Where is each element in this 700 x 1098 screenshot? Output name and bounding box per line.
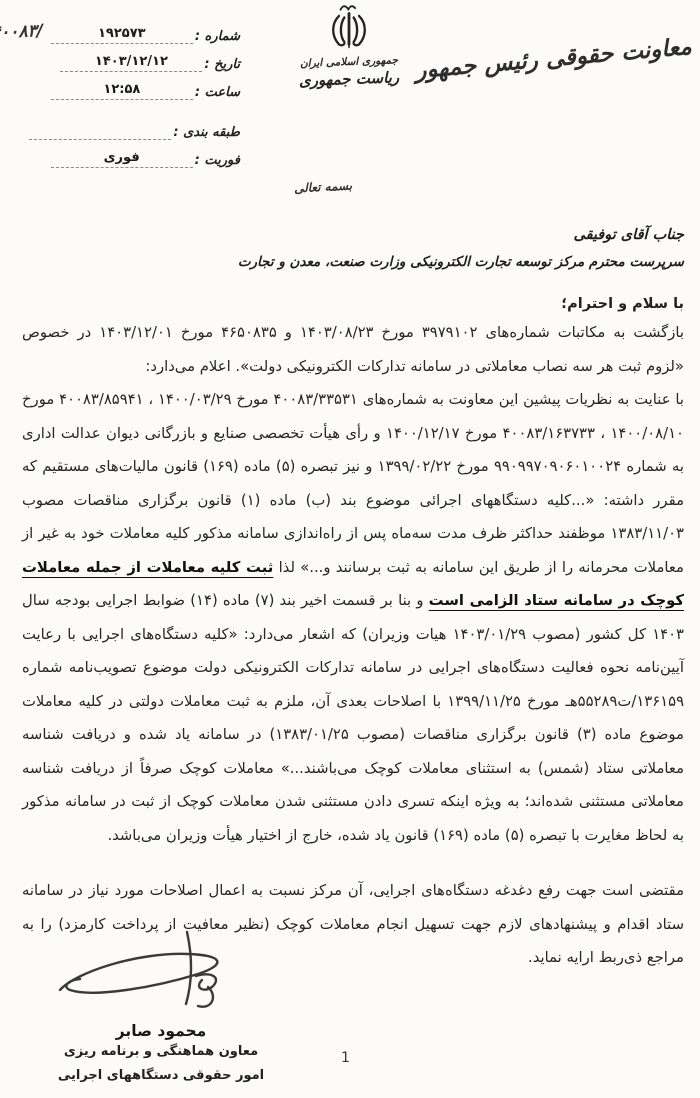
meta-value-date: ۱۴۰۳/۱۲/۱۲ (60, 54, 202, 72)
body-paragraph-1: بازگشت به مکاتبات شماره‌های ۳۹۷۹۱۰۲ مورخ… (22, 316, 684, 383)
meta-value-number: ۱۹۲۵۷۳ (51, 26, 193, 44)
department-title-calligraphy: معاونت حقوقی رئیس جمهور (435, 33, 692, 82)
iran-national-emblem-icon (322, 2, 376, 56)
signer-name: محمود صابر (36, 1022, 286, 1040)
letter-body: جناب آقای توفیقی سرپرست محترم مرکز توسعه… (22, 222, 684, 975)
signature-block: محمود صابر معاون هماهنگی و برنامه ریزی ا… (36, 924, 286, 1088)
org-name-line2: ریاست جمهوری (288, 68, 411, 90)
recipient-name: جناب آقای توفیقی (22, 222, 684, 249)
besmellah-text: بسمه تعالی (288, 178, 359, 196)
meta-label-date: تاریخ : (202, 57, 240, 72)
page-number: 1 (341, 1050, 350, 1066)
recipient-title: سرپرست محترم مرکز توسعه تجارت الکترونیکی… (22, 249, 684, 276)
meta-row-urgency: فوریت : فوری (10, 140, 240, 168)
meta-label-number: شماره : (193, 29, 240, 44)
meta-value-time: ۱۲:۵۸ (51, 82, 193, 100)
paragraph-2-lead: با عنایت به نظریات پیشین این معاونت به ش… (22, 391, 684, 576)
body-paragraph-2: با عنایت به نظریات پیشین این معاونت به ش… (22, 383, 684, 852)
salutation-line: با سلام و احترام؛ (22, 292, 684, 316)
handwritten-signature-icon (46, 924, 276, 1020)
meta-label-time: ساعت : (193, 85, 240, 100)
meta-value-classification (29, 122, 171, 140)
signer-title-2: امور حقوقی دستگاههای اجرایی (36, 1064, 286, 1088)
meta-row-number: شماره : ۱۹۲۵۷۳ (10, 16, 240, 44)
meta-row-date: تاریخ : ۱۴۰۳/۱۲/۱۲ (10, 44, 240, 72)
paragraph-2-tail: و بنا بر قسمت اخیر بند (۷) ماده (۱۴) ضوا… (22, 592, 684, 844)
meta-row-classification: طبقه بندی : (10, 112, 240, 140)
meta-label-classification: طبقه بندی : (171, 125, 240, 140)
letter-page: ۴۰۰۸۳/ شماره : ۱۹۲۵۷۳ تاریخ : ۱۴۰۳/۱۲/۱۲… (0, 0, 700, 1098)
meta-row-time: ساعت : ۱۲:۵۸ (10, 72, 240, 100)
meta-value-urgency: فوری (51, 150, 193, 168)
meta-label-urgency: فوریت : (193, 153, 240, 168)
signer-title-1: معاون هماهنگی و برنامه ریزی (36, 1040, 286, 1064)
letter-meta-block: شماره : ۱۹۲۵۷۳ تاریخ : ۱۴۰۳/۱۲/۱۲ ساعت :… (10, 16, 240, 168)
org-header-block: جمهوری اسلامی ایران ریاست جمهوری (288, 2, 410, 88)
